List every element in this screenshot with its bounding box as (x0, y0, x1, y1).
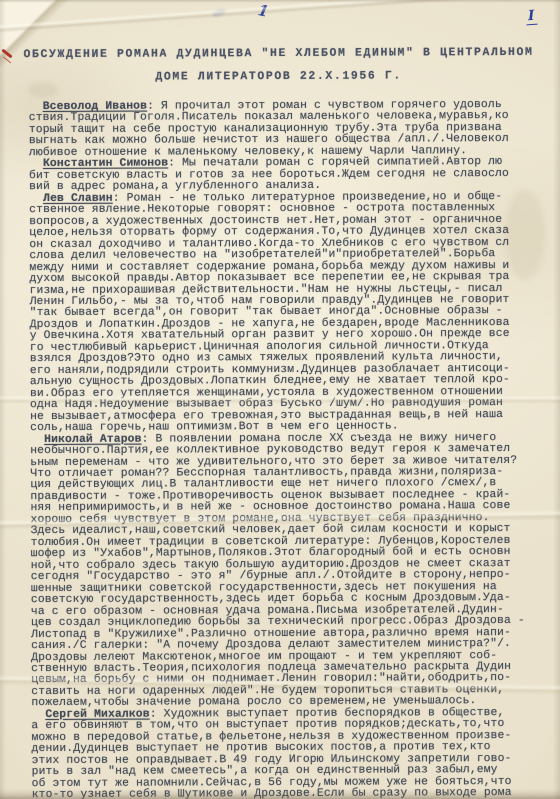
typed-body: Всеволод Иванов: Я прочитал этот роман с… (29, 100, 548, 799)
speaker-name: Константин Симонов (43, 158, 168, 171)
typed-content: ОБСУЖДЕНИЕ РОМАНА ДУДИНЦЕВА "НЕ ХЛЕБОМ Е… (0, 0, 560, 799)
document-title: ОБСУЖДЕНИЕ РОМАНА ДУДИНЦЕВА "НЕ ХЛЕБОМ Е… (18, 41, 538, 89)
title-line: ДОМЕ ЛИТЕРАТОРОВ 22.X.1956 Г. (19, 64, 539, 89)
title-line: ОБСУЖДЕНИЕ РОМАНА ДУДИНЦЕВА "НЕ ХЛЕБОМ Е… (18, 41, 538, 66)
scanned-typescript-page: 1 I ОБСУЖДЕНИЕ РОМАНА ДУДИНЦЕВА "НЕ ХЛЕБ… (0, 0, 560, 799)
typed-line: кто-то узнает себя в Шутикове и Дроздове… (32, 788, 548, 799)
